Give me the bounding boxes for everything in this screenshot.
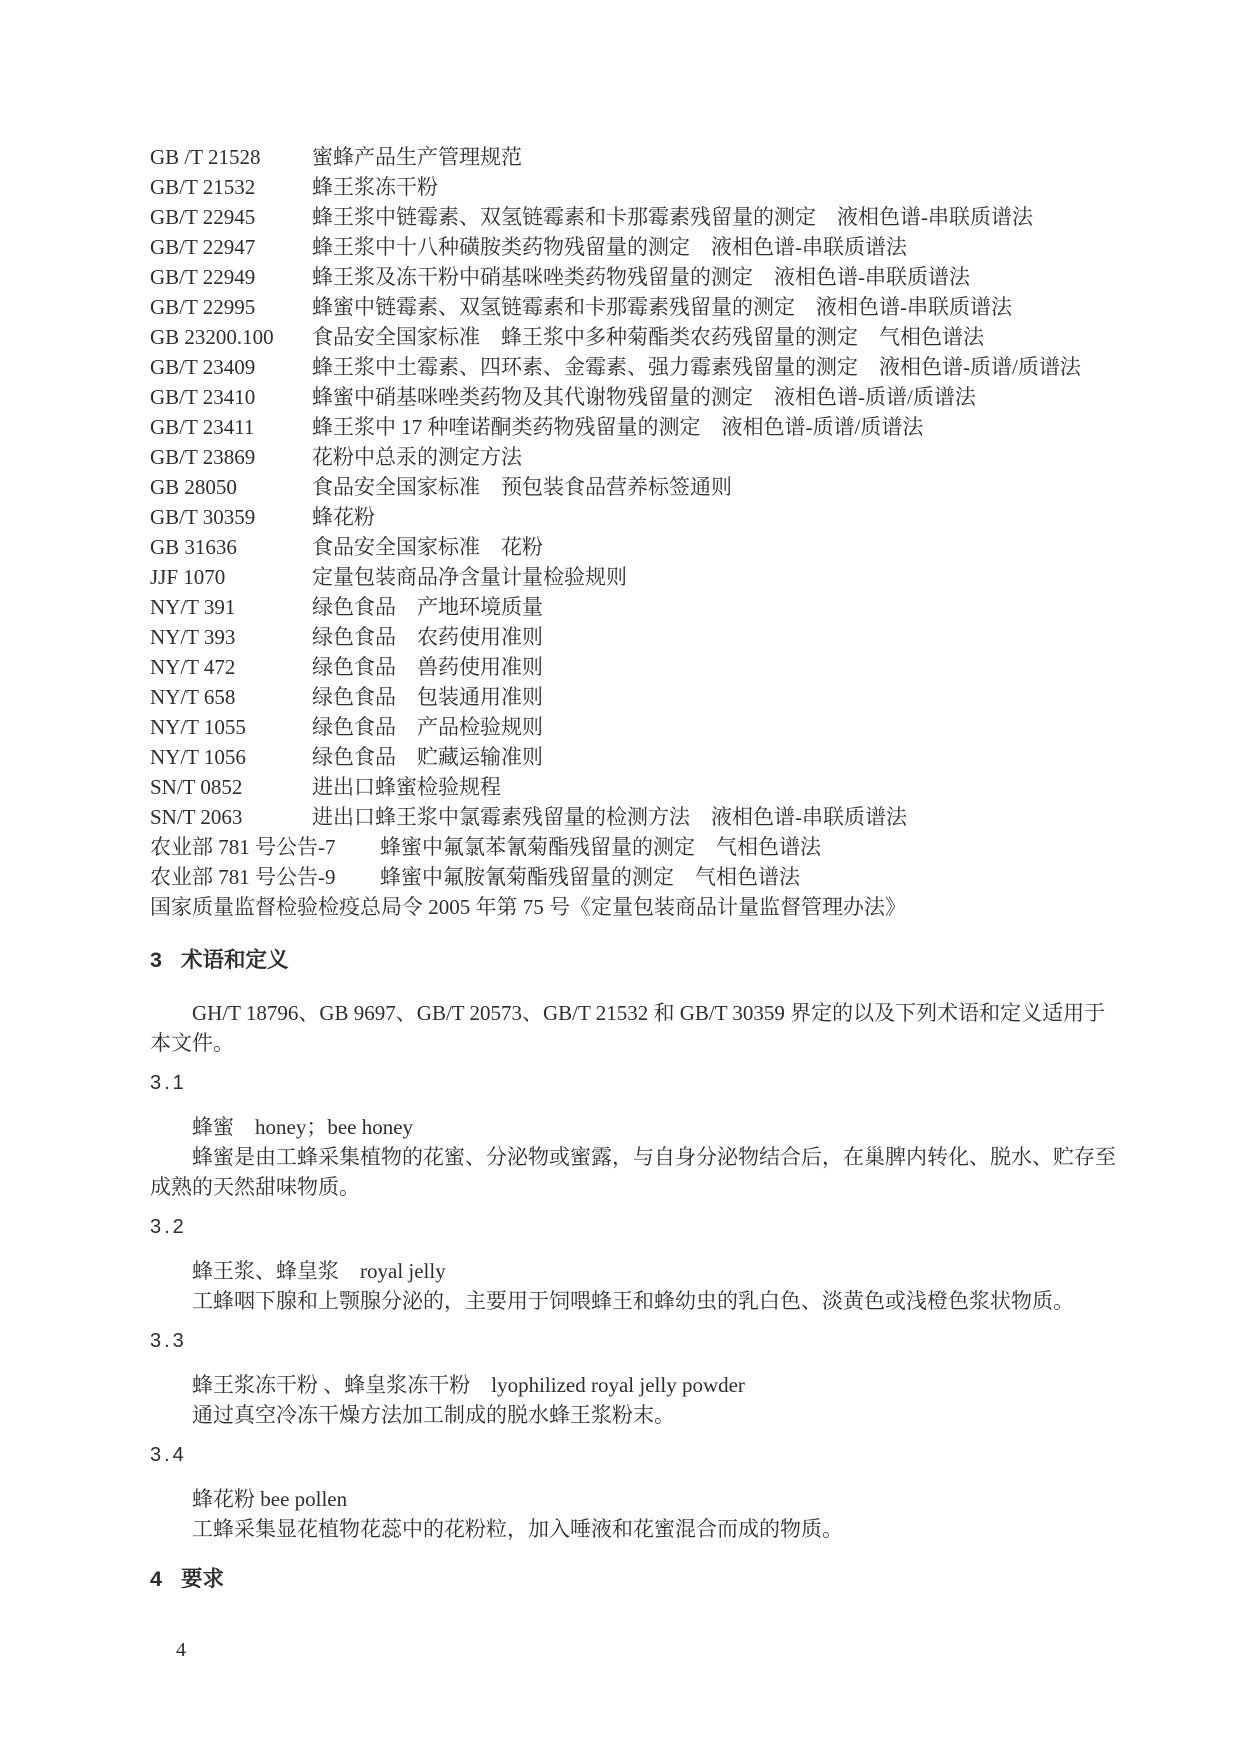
reference-row: GB/T 22995 蜂蜜中链霉素、双氢链霉素和卡那霉素残留量的测定 液相色谱-… (150, 292, 1120, 322)
section-3-heading: 3 术语和定义 (150, 945, 1120, 975)
reference-title: 进出口蜂蜜检验规程 (312, 772, 1120, 802)
reference-title: 绿色食品 兽药使用准则 (312, 652, 1120, 682)
reference-title: 绿色食品 包装通用准则 (312, 682, 1120, 712)
reference-code: GB/T 22945 (150, 202, 312, 232)
reference-row: NY/T 658 绿色食品 包装通用准则 (150, 682, 1120, 712)
reference-code: SN/T 0852 (150, 772, 312, 802)
reference-code: GB/T 23409 (150, 352, 312, 382)
reference-row: NY/T 472 绿色食品 兽药使用准则 (150, 652, 1120, 682)
reference-code: 农业部 781 号公告-7 (150, 832, 380, 862)
reference-code: SN/T 2063 (150, 802, 312, 832)
reference-code: GB/T 21532 (150, 172, 312, 202)
reference-title: 绿色食品 产地环境质量 (312, 592, 1120, 622)
term-block: 3.4 蜂花粉 bee pollen 工蜂采集显花植物花蕊中的花粉粒，加入唾液和… (150, 1440, 1120, 1544)
section-3-title: 术语和定义 (181, 945, 289, 975)
section-3-intro: GH/T 18796、GB 9697、GB/T 20573、GB/T 21532… (150, 998, 1120, 1058)
reference-code: NY/T 472 (150, 652, 312, 682)
term-definition: 工蜂采集显花植物花蕊中的花粉粒，加入唾液和花蜜混合而成的物质。 (150, 1514, 1120, 1544)
reference-code: GB/T 23410 (150, 382, 312, 412)
term-block: 3.1 蜂蜜 honey；bee honey 蜂蜜是由工蜂采集植物的花蜜、分泌物… (150, 1068, 1120, 1202)
reference-title: 绿色食品 农药使用准则 (312, 622, 1120, 652)
reference-title: 花粉中总汞的测定方法 (312, 442, 1120, 472)
reference-code: GB 23200.100 (150, 322, 312, 352)
reference-title: 蜂王浆中十八种磺胺类药物残留量的测定 液相色谱-串联质谱法 (312, 232, 1120, 262)
clause-number: 3.4 (150, 1440, 1120, 1470)
reference-row: GB/T 22949 蜂王浆及冻干粉中硝基咪唑类药物残留量的测定 液相色谱-串联… (150, 262, 1120, 292)
reference-code: 农业部 781 号公告-9 (150, 862, 380, 892)
reference-code: GB/T 22947 (150, 232, 312, 262)
term-definition: 蜂蜜是由工蜂采集植物的花蜜、分泌物或蜜露，与自身分泌物结合后，在巢脾内转化、脱水… (150, 1142, 1120, 1202)
term-block: 3.3 蜂王浆冻干粉 、蜂皇浆冻干粉 lyophilized royal jel… (150, 1326, 1120, 1430)
reference-row: GB/T 23410 蜂蜜中硝基咪唑类药物及其代谢物残留量的测定 液相色谱-质谱… (150, 382, 1120, 412)
reference-title: 食品安全国家标准 预包装食品营养标签通则 (312, 472, 1120, 502)
term-name: 蜂花粉 bee pollen (192, 1484, 1120, 1514)
reference-code: GB 28050 (150, 472, 312, 502)
reference-title: 蜜蜂产品生产管理规范 (312, 142, 1120, 172)
section-4-heading: 4 要求 (150, 1564, 1120, 1594)
reference-row: JJF 1070 定量包装商品净含量计量检验规则 (150, 562, 1120, 592)
reference-title: 国家质量监督检验检疫总局令 2005 年第 75 号《定量包装商品计量监督管理办… (150, 892, 1120, 922)
terms-list: 3.1 蜂蜜 honey；bee honey 蜂蜜是由工蜂采集植物的花蜜、分泌物… (150, 1068, 1120, 1544)
normative-references-list: GB /T 21528 蜜蜂产品生产管理规范 GB/T 21532 蜂王浆冻干粉… (150, 142, 1120, 922)
reference-code: NY/T 1055 (150, 712, 312, 742)
reference-title: 蜂王浆中链霉素、双氢链霉素和卡那霉素残留量的测定 液相色谱-串联质谱法 (312, 202, 1120, 232)
reference-row: GB 31636 食品安全国家标准 花粉 (150, 532, 1120, 562)
reference-row: NY/T 391 绿色食品 产地环境质量 (150, 592, 1120, 622)
reference-title: 蜂蜜中硝基咪唑类药物及其代谢物残留量的测定 液相色谱-质谱/质谱法 (312, 382, 1120, 412)
reference-code: NY/T 391 (150, 592, 312, 622)
clause-number: 3.1 (150, 1068, 1120, 1098)
reference-row: GB 28050 食品安全国家标准 预包装食品营养标签通则 (150, 472, 1120, 502)
term-name: 蜂蜜 honey；bee honey (192, 1112, 1120, 1142)
reference-row: NY/T 1056 绿色食品 贮藏运输准则 (150, 742, 1120, 772)
reference-row: GB/T 23411 蜂王浆中 17 种喹诺酮类药物残留量的测定 液相色谱-质谱… (150, 412, 1120, 442)
reference-row: GB/T 22945 蜂王浆中链霉素、双氢链霉素和卡那霉素残留量的测定 液相色谱… (150, 202, 1120, 232)
term-definition: 通过真空冷冻干燥方法加工制成的脱水蜂王浆粉末。 (150, 1400, 1120, 1430)
clause-number: 3.2 (150, 1212, 1120, 1242)
reference-title: 食品安全国家标准 花粉 (312, 532, 1120, 562)
clause-number: 3.3 (150, 1326, 1120, 1356)
reference-row: SN/T 2063 进出口蜂王浆中氯霉素残留量的检测方法 液相色谱-串联质谱法 (150, 802, 1120, 832)
reference-title: 绿色食品 贮藏运输准则 (312, 742, 1120, 772)
reference-row: 农业部 781 号公告-7 蜂蜜中氟氯苯氰菊酯残留量的测定 气相色谱法 (150, 832, 1120, 862)
page-number: 4 (176, 1637, 186, 1663)
reference-code: GB/T 22949 (150, 262, 312, 292)
page-content: GB /T 21528 蜜蜂产品生产管理规范 GB/T 21532 蜂王浆冻干粉… (150, 142, 1120, 1617)
term-name: 蜂王浆、蜂皇浆 royal jelly (192, 1256, 1120, 1286)
reference-row: GB/T 21532 蜂王浆冻干粉 (150, 172, 1120, 202)
term-name: 蜂王浆冻干粉 、蜂皇浆冻干粉 lyophilized royal jelly p… (192, 1370, 1120, 1400)
reference-code: NY/T 1056 (150, 742, 312, 772)
reference-row: GB /T 21528 蜜蜂产品生产管理规范 (150, 142, 1120, 172)
reference-title: 蜂王浆中土霉素、四环素、金霉素、强力霉素残留量的测定 液相色谱-质谱/质谱法 (312, 352, 1120, 382)
reference-title: 蜂蜜中链霉素、双氢链霉素和卡那霉素残留量的测定 液相色谱-串联质谱法 (312, 292, 1120, 322)
reference-row: 农业部 781 号公告-9 蜂蜜中氟胺氰菊酯残留量的测定 气相色谱法 (150, 862, 1120, 892)
reference-title: 定量包装商品净含量计量检验规则 (312, 562, 1120, 592)
reference-code: GB 31636 (150, 532, 312, 562)
term-definition: 工蜂咽下腺和上颚腺分泌的，主要用于饲喂蜂王和蜂幼虫的乳白色、淡黄色或浅橙色浆状物… (150, 1286, 1120, 1316)
reference-title: 绿色食品 产品检验规则 (312, 712, 1120, 742)
reference-row: GB/T 23409 蜂王浆中土霉素、四环素、金霉素、强力霉素残留量的测定 液相… (150, 352, 1120, 382)
reference-code: GB/T 23869 (150, 442, 312, 472)
reference-row: GB/T 22947 蜂王浆中十八种磺胺类药物残留量的测定 液相色谱-串联质谱法 (150, 232, 1120, 262)
reference-code: GB/T 30359 (150, 502, 312, 532)
reference-title: 蜂蜜中氟胺氰菊酯残留量的测定 气相色谱法 (380, 862, 1120, 892)
document-page: GB /T 21528 蜜蜂产品生产管理规范 GB/T 21532 蜂王浆冻干粉… (0, 0, 1241, 1740)
reference-title: 蜂蜜中氟氯苯氰菊酯残留量的测定 气相色谱法 (380, 832, 1120, 862)
reference-title: 进出口蜂王浆中氯霉素残留量的检测方法 液相色谱-串联质谱法 (312, 802, 1120, 832)
reference-code: GB/T 23411 (150, 412, 312, 442)
reference-row: 国家质量监督检验检疫总局令 2005 年第 75 号《定量包装商品计量监督管理办… (150, 892, 1120, 922)
reference-row: SN/T 0852 进出口蜂蜜检验规程 (150, 772, 1120, 802)
reference-code: NY/T 393 (150, 622, 312, 652)
reference-row: NY/T 1055 绿色食品 产品检验规则 (150, 712, 1120, 742)
reference-row: GB/T 23869 花粉中总汞的测定方法 (150, 442, 1120, 472)
section-3-number: 3 (150, 945, 162, 975)
reference-title: 蜂王浆及冻干粉中硝基咪唑类药物残留量的测定 液相色谱-串联质谱法 (312, 262, 1120, 292)
reference-row: NY/T 393 绿色食品 农药使用准则 (150, 622, 1120, 652)
reference-code: JJF 1070 (150, 562, 312, 592)
reference-code: GB /T 21528 (150, 142, 312, 172)
reference-title: 蜂花粉 (312, 502, 1120, 532)
section-4-title: 要求 (181, 1564, 224, 1594)
reference-title: 食品安全国家标准 蜂王浆中多种菊酯类农药残留量的测定 气相色谱法 (312, 322, 1120, 352)
section-4-number: 4 (150, 1564, 162, 1594)
term-block: 3.2 蜂王浆、蜂皇浆 royal jelly 工蜂咽下腺和上颚腺分泌的，主要用… (150, 1212, 1120, 1316)
reference-row: GB 23200.100 食品安全国家标准 蜂王浆中多种菊酯类农药残留量的测定 … (150, 322, 1120, 352)
reference-row: GB/T 30359 蜂花粉 (150, 502, 1120, 532)
reference-code: GB/T 22995 (150, 292, 312, 322)
reference-title: 蜂王浆中 17 种喹诺酮类药物残留量的测定 液相色谱-质谱/质谱法 (312, 412, 1120, 442)
reference-title: 蜂王浆冻干粉 (312, 172, 1120, 202)
reference-code: NY/T 658 (150, 682, 312, 712)
